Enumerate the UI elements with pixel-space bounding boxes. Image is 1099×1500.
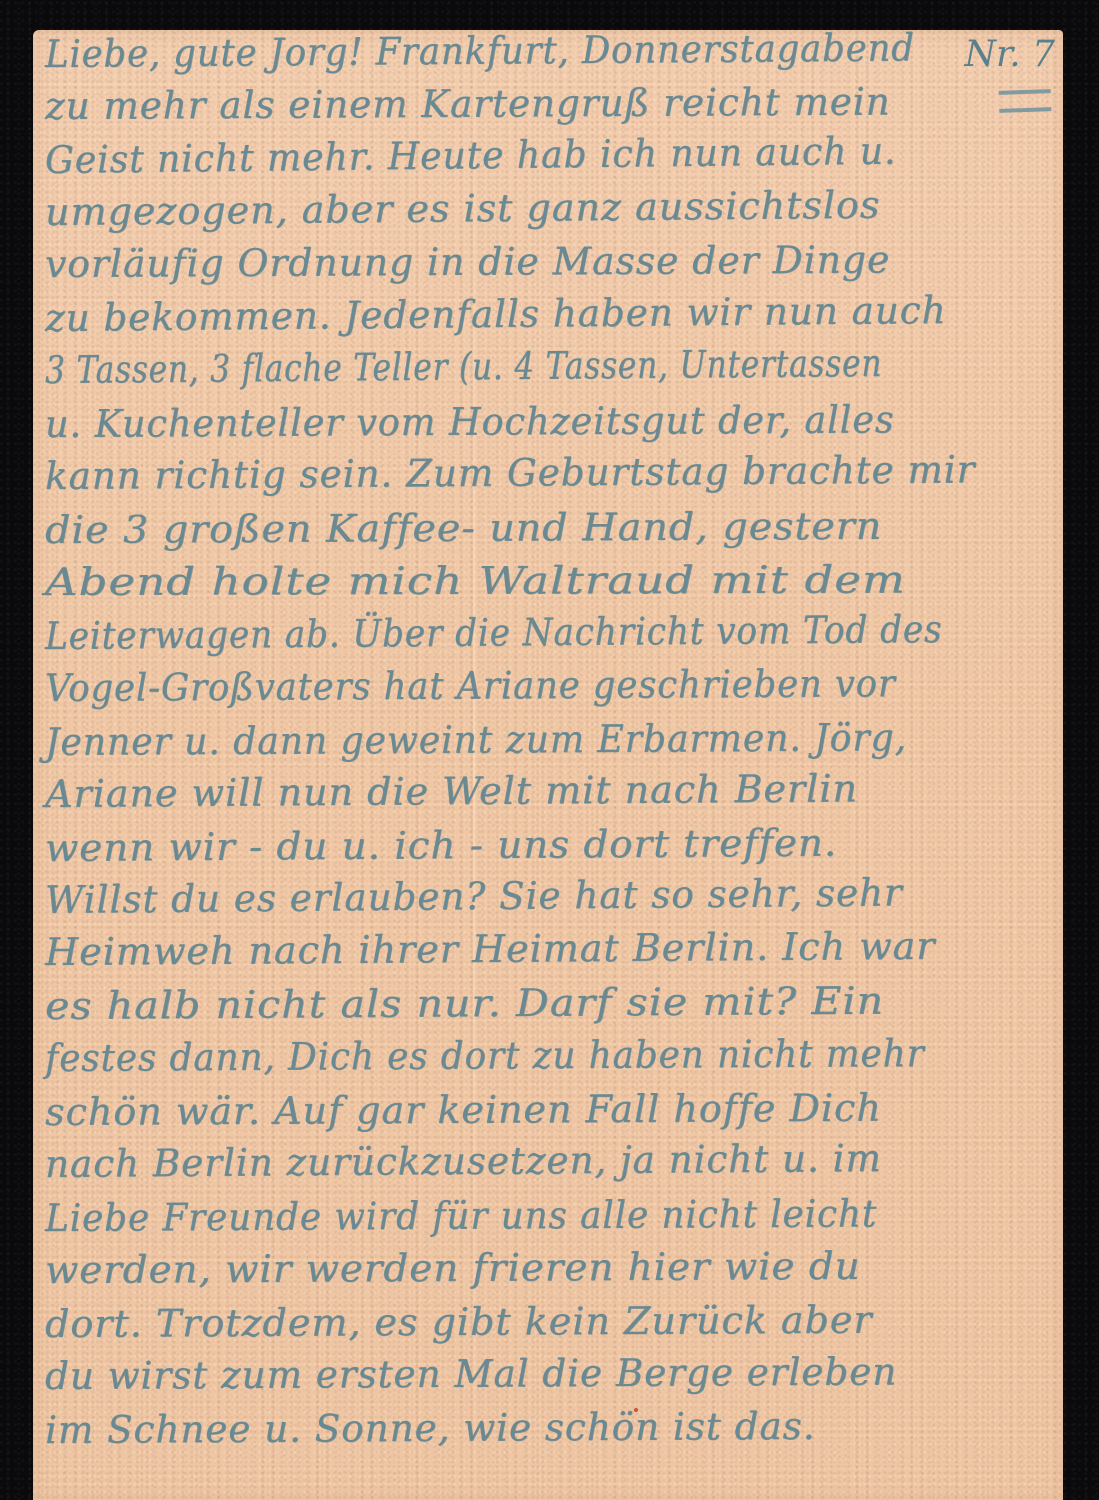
letter-line: Liebe, gute Jorg! Frankfurt, Donnerstaga… [45,30,915,76]
letter-line: festes dann, Dich es dort zu haben nicht… [45,1031,925,1080]
letter-line: Leiterwagen ab. Über die Nachricht vom T… [45,607,943,658]
letter-line: werden, wir werden frieren hier wie du [45,1244,861,1292]
letter-line: es halb nicht als nur. Darf sie mit? Ein [45,979,884,1028]
letter-line: zu bekommen. Jedenfalls haben wir nun au… [45,288,947,340]
letter-line: Ariane will nun die Welt mit nach Berlin [45,766,858,816]
letter-line: Liebe Freunde wird für uns alle nicht le… [45,1191,877,1240]
letter-line: 3 Tassen, 3 flache Teller (u. 4 Tassen, … [45,341,882,392]
letter-line: Willst du es erlauben? Sie hat so sehr, … [45,870,903,922]
letter-line: schön wär. Auf gar keinen Fall hoffe Dic… [45,1086,882,1134]
letter-line: zu mehr als einem Kartengruß reicht mein [45,79,891,128]
letter-line: wenn wir - du u. ich - uns dort treffen. [45,821,837,870]
red-speck [634,1408,638,1412]
letter-line: u. Kuchenteller vom Hochzeitsgut der, al… [45,397,895,446]
letter-line: kann richtig sein. Zum Geburtstag bracht… [45,447,976,498]
letter-line: umgezogen, aber es ist ganz aussichtslos [45,183,881,234]
letter-line: dort. Trotzdem, es gibt kein Zurück aber [45,1298,873,1346]
double-underline-mark [999,89,1052,113]
letter-line: im Schnee u. Sonne, wie schön ist das. [45,1404,816,1452]
letter-line: Jenner u. dann geweint zum Erbarmen. Jör… [45,715,907,764]
letter-line: Geist nicht mehr. Heute hab ich nun auch… [45,129,897,182]
page-number-mark: Nr. 7 [964,34,1055,75]
letter-line: Vogel-Großvaters hat Ariane geschrieben … [45,661,896,710]
letter-line: Heimweh nach ihrer Heimat Berlin. Ich wa… [45,924,936,974]
postcard: Nr. 7 Liebe, gute Jorg! Frankfurt, Donne… [33,30,1063,1500]
letter-line: du wirst zum ersten Mal die Berge erlebe… [45,1349,897,1398]
letter-line: die 3 großen Kaffee- und Hand, gestern [45,504,882,552]
letter-line: nach Berlin zurückzusetzen, ja nicht u. … [45,1136,882,1186]
letter-line: vorläufig Ordnung in die Masse der Dinge [45,238,890,286]
letter-line: Abend holte mich Waltraud mit dem [45,557,906,604]
